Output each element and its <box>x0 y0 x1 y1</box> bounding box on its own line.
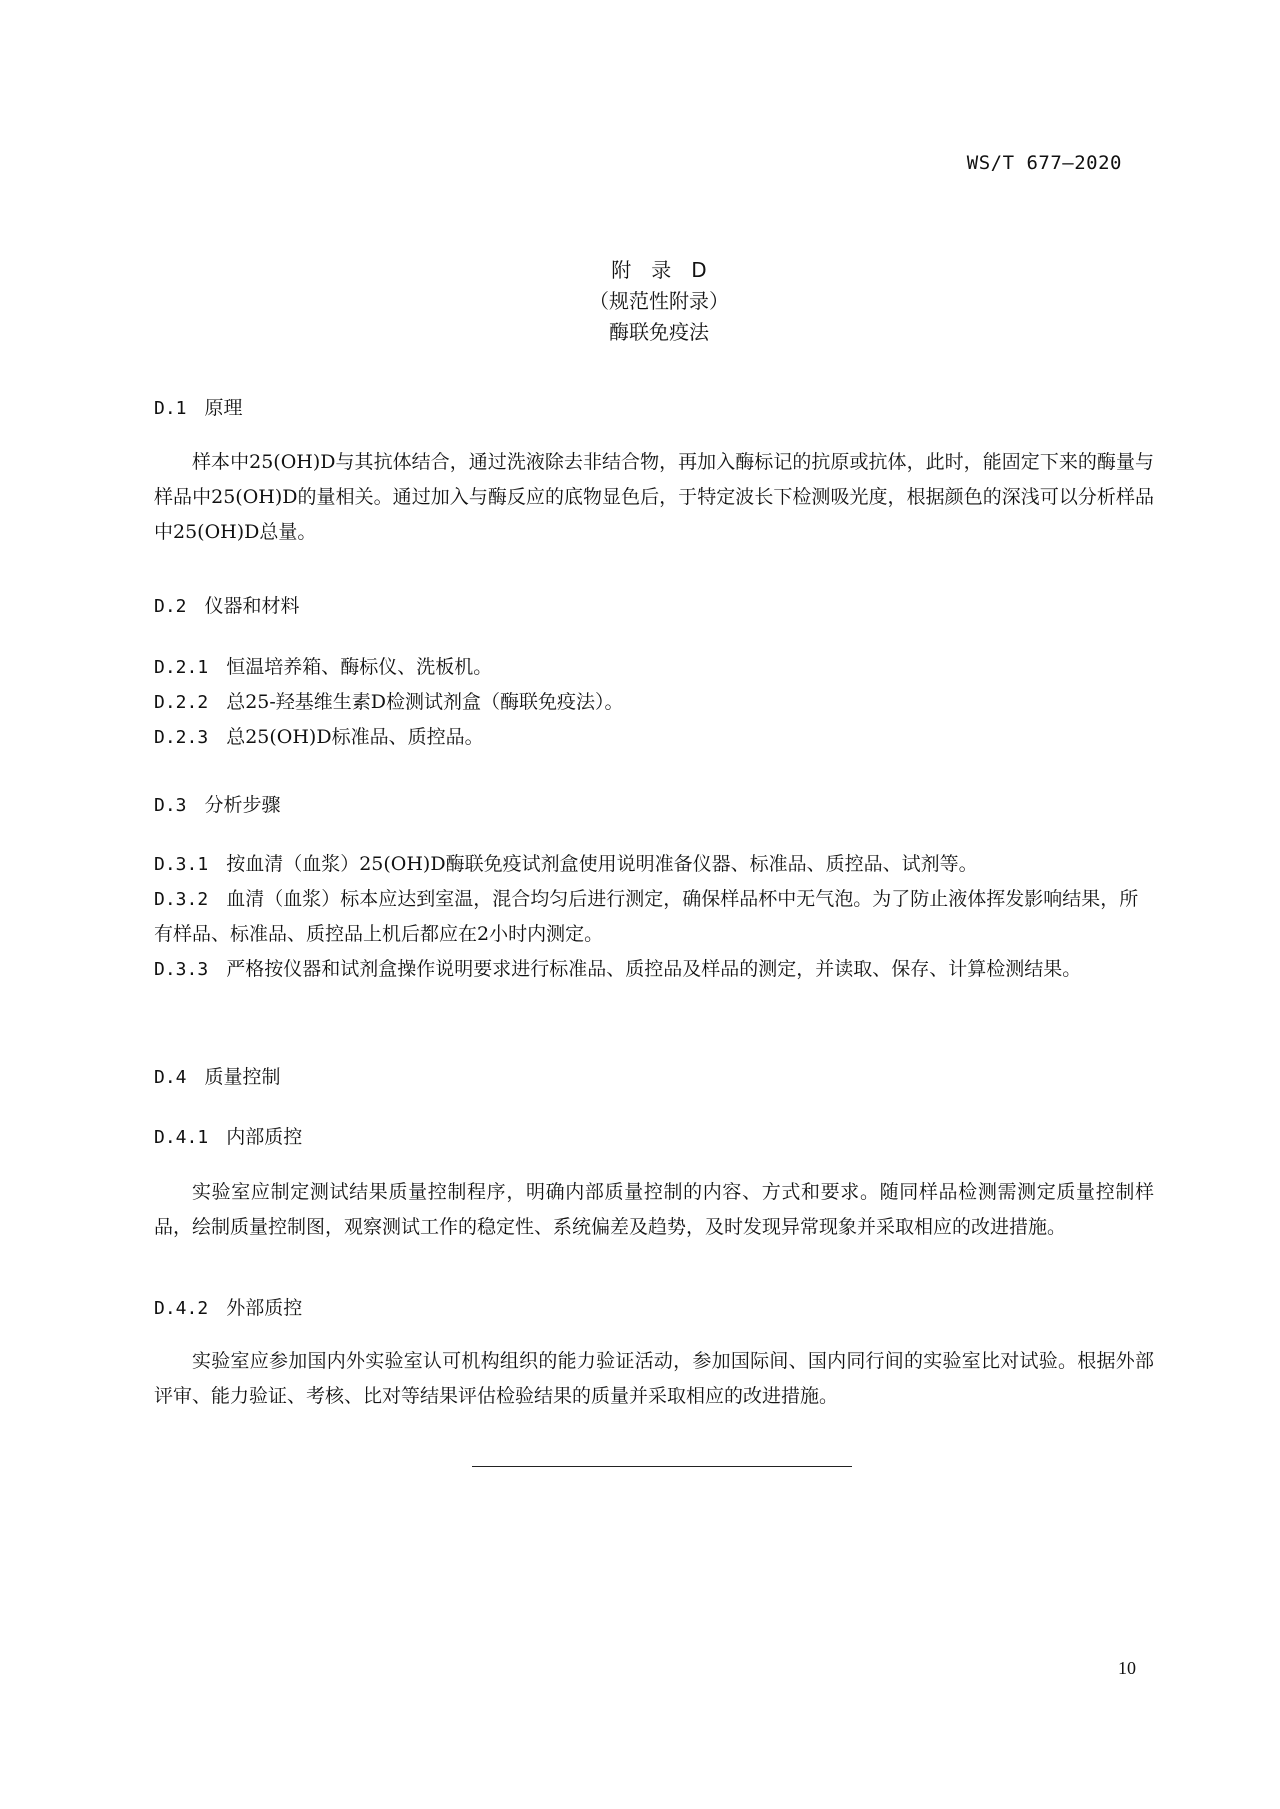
section-title: 内部质控 <box>226 1126 302 1148</box>
item-number: D.3.3 <box>154 952 208 987</box>
item-text: 血清（血浆）标本应达到室温，混合均匀后进行测定，确保样品杯中无气泡。为了防止液体… <box>154 888 1138 945</box>
section-number: D.4 <box>154 1067 187 1088</box>
list-item-d2-1: D.2.1恒温培养箱、酶标仪、洗板机。 <box>154 650 1154 685</box>
section-heading-d1: D.1原理 <box>154 393 243 420</box>
page-number: 10 <box>1118 1658 1136 1679</box>
appendix-type: （规范性附录） <box>38 286 1280 317</box>
item-number: D.2.2 <box>154 685 208 720</box>
section-title: 外部质控 <box>226 1297 302 1319</box>
paragraph-external-qc: 实验室应参加国内外实验室认可机构组织的能力验证活动，参加国际间、国内同行间的实验… <box>154 1344 1154 1414</box>
list-item-d3-3: D.3.3严格按仪器和试剂盒操作说明要求进行标准品、质控品及样品的测定，并读取、… <box>154 952 1154 987</box>
section-heading-d2: D.2仪器和材料 <box>154 591 300 618</box>
item-text: 严格按仪器和试剂盒操作说明要求进行标准品、质控品及样品的测定，并读取、保存、计算… <box>226 958 1081 980</box>
item-number: D.2.1 <box>154 650 208 685</box>
list-item-d3-2: D.3.2血清（血浆）标本应达到室温，混合均匀后进行测定，确保样品杯中无气泡。为… <box>154 882 1154 952</box>
list-item-d3-1: D.3.1按血清（血浆）25(OH)D酶联免疫试剂盒使用说明准备仪器、标准品、质… <box>154 847 1154 882</box>
section-number: D.2 <box>154 596 187 617</box>
item-text: 总25(OH)D标准品、质控品。 <box>226 726 483 748</box>
list-item-d2-2: D.2.2总25-羟基维生素D检测试剂盒（酶联免疫法）。 <box>154 685 1154 720</box>
item-text: 按血清（血浆）25(OH)D酶联免疫试剂盒使用说明准备仪器、标准品、质控品、试剂… <box>226 853 977 875</box>
paragraph-principle: 样本中25(OH)D与其抗体结合，通过洗液除去非结合物，再加入酶标记的抗原或抗体… <box>154 445 1154 550</box>
item-number: D.2.3 <box>154 720 208 755</box>
section-number: D.1 <box>154 398 187 419</box>
section-heading-d3: D.3分析步骤 <box>154 790 281 817</box>
section-heading-d4: D.4质量控制 <box>154 1062 281 1089</box>
section-number: D.4.2 <box>154 1298 208 1319</box>
item-text: 总25-羟基维生素D检测试剂盒（酶联免疫法）。 <box>226 691 623 713</box>
subsection-heading-d4-2: D.4.2外部质控 <box>154 1293 302 1320</box>
item-text: 恒温培养箱、酶标仪、洗板机。 <box>226 656 492 678</box>
subsection-heading-d4-1: D.4.1内部质控 <box>154 1122 302 1149</box>
document-page: WS/T 677—2020 附 录 D （规范性附录） 酶联免疫法 D.1原理 … <box>0 0 1280 1809</box>
section-title: 原理 <box>205 397 243 419</box>
section-title: 质量控制 <box>205 1066 281 1088</box>
list-item-d2-3: D.2.3总25(OH)D标准品、质控品。 <box>154 720 1154 755</box>
appendix-title-block: 附 录 D （规范性附录） 酶联免疫法 <box>0 255 1280 348</box>
end-divider <box>472 1466 852 1467</box>
paragraph-internal-qc: 实验室应制定测试结果质量控制程序，明确内部质量控制的内容、方式和要求。随同样品检… <box>154 1175 1154 1245</box>
section-number: D.3 <box>154 795 187 816</box>
standard-code: WS/T 677—2020 <box>967 152 1122 174</box>
item-number: D.3.2 <box>154 882 208 917</box>
item-number: D.3.1 <box>154 847 208 882</box>
section-title: 分析步骤 <box>205 794 281 816</box>
appendix-label: 附 录 D <box>38 255 1280 286</box>
appendix-name: 酶联免疫法 <box>38 317 1280 348</box>
section-title: 仪器和材料 <box>205 595 300 617</box>
section-number: D.4.1 <box>154 1127 208 1148</box>
